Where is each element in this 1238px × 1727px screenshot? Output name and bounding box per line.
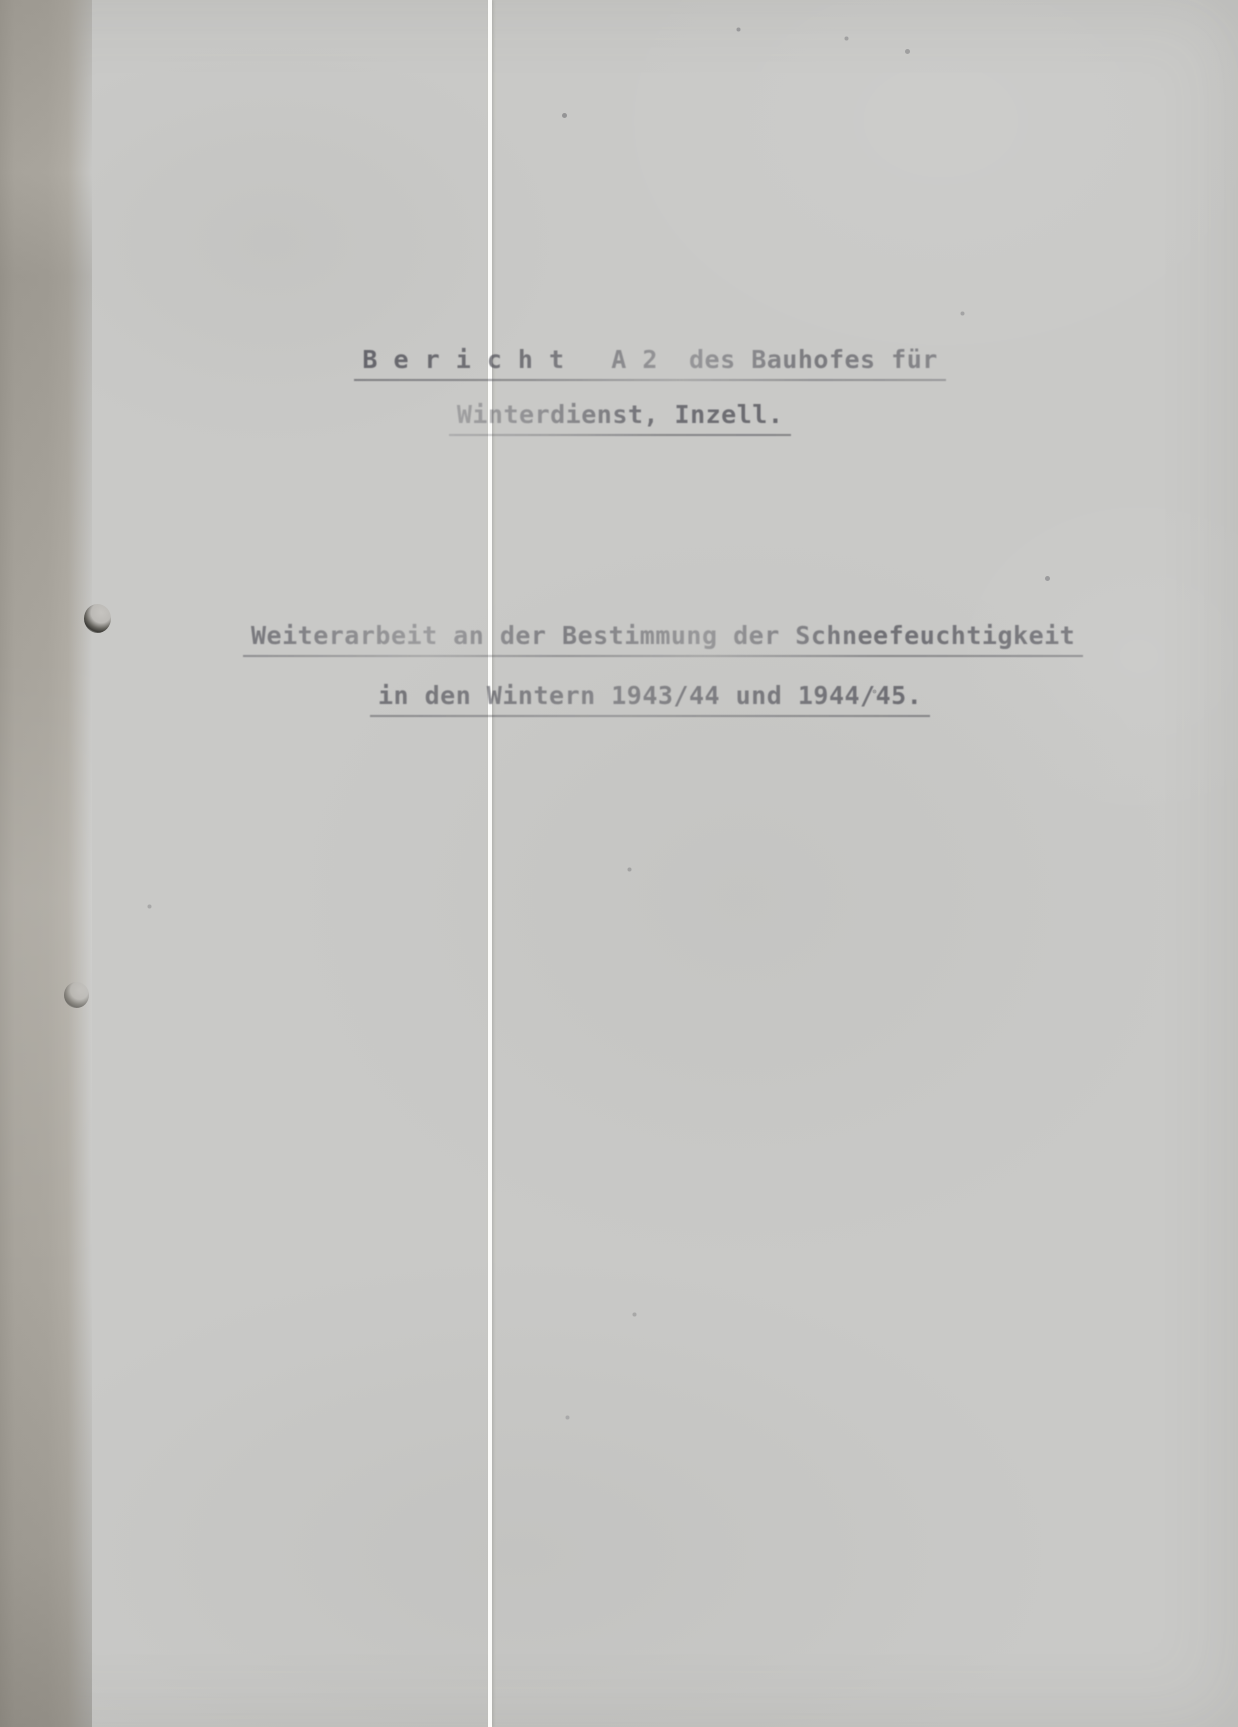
document-subtitle-line-2: in den Wintern 1943/44 und 1944/45.: [0, 652, 1238, 746]
scanned-document-page: B e r i c h t A 2 des Bauhofes für Winte…: [0, 0, 1238, 1727]
paper-speckles: [0, 0, 3, 3]
title-line-2-text: Winterdienst, Inzell.: [449, 400, 792, 436]
document-title-line-2: Winterdienst, Inzell.: [0, 371, 1208, 465]
vertical-fold-crease: [488, 0, 492, 1727]
punch-hole-bottom: [64, 982, 89, 1008]
subtitle-line-2-text: in den Wintern 1943/44 und 1944/45.: [370, 681, 930, 717]
binding-edge-strip: [0, 0, 92, 1727]
